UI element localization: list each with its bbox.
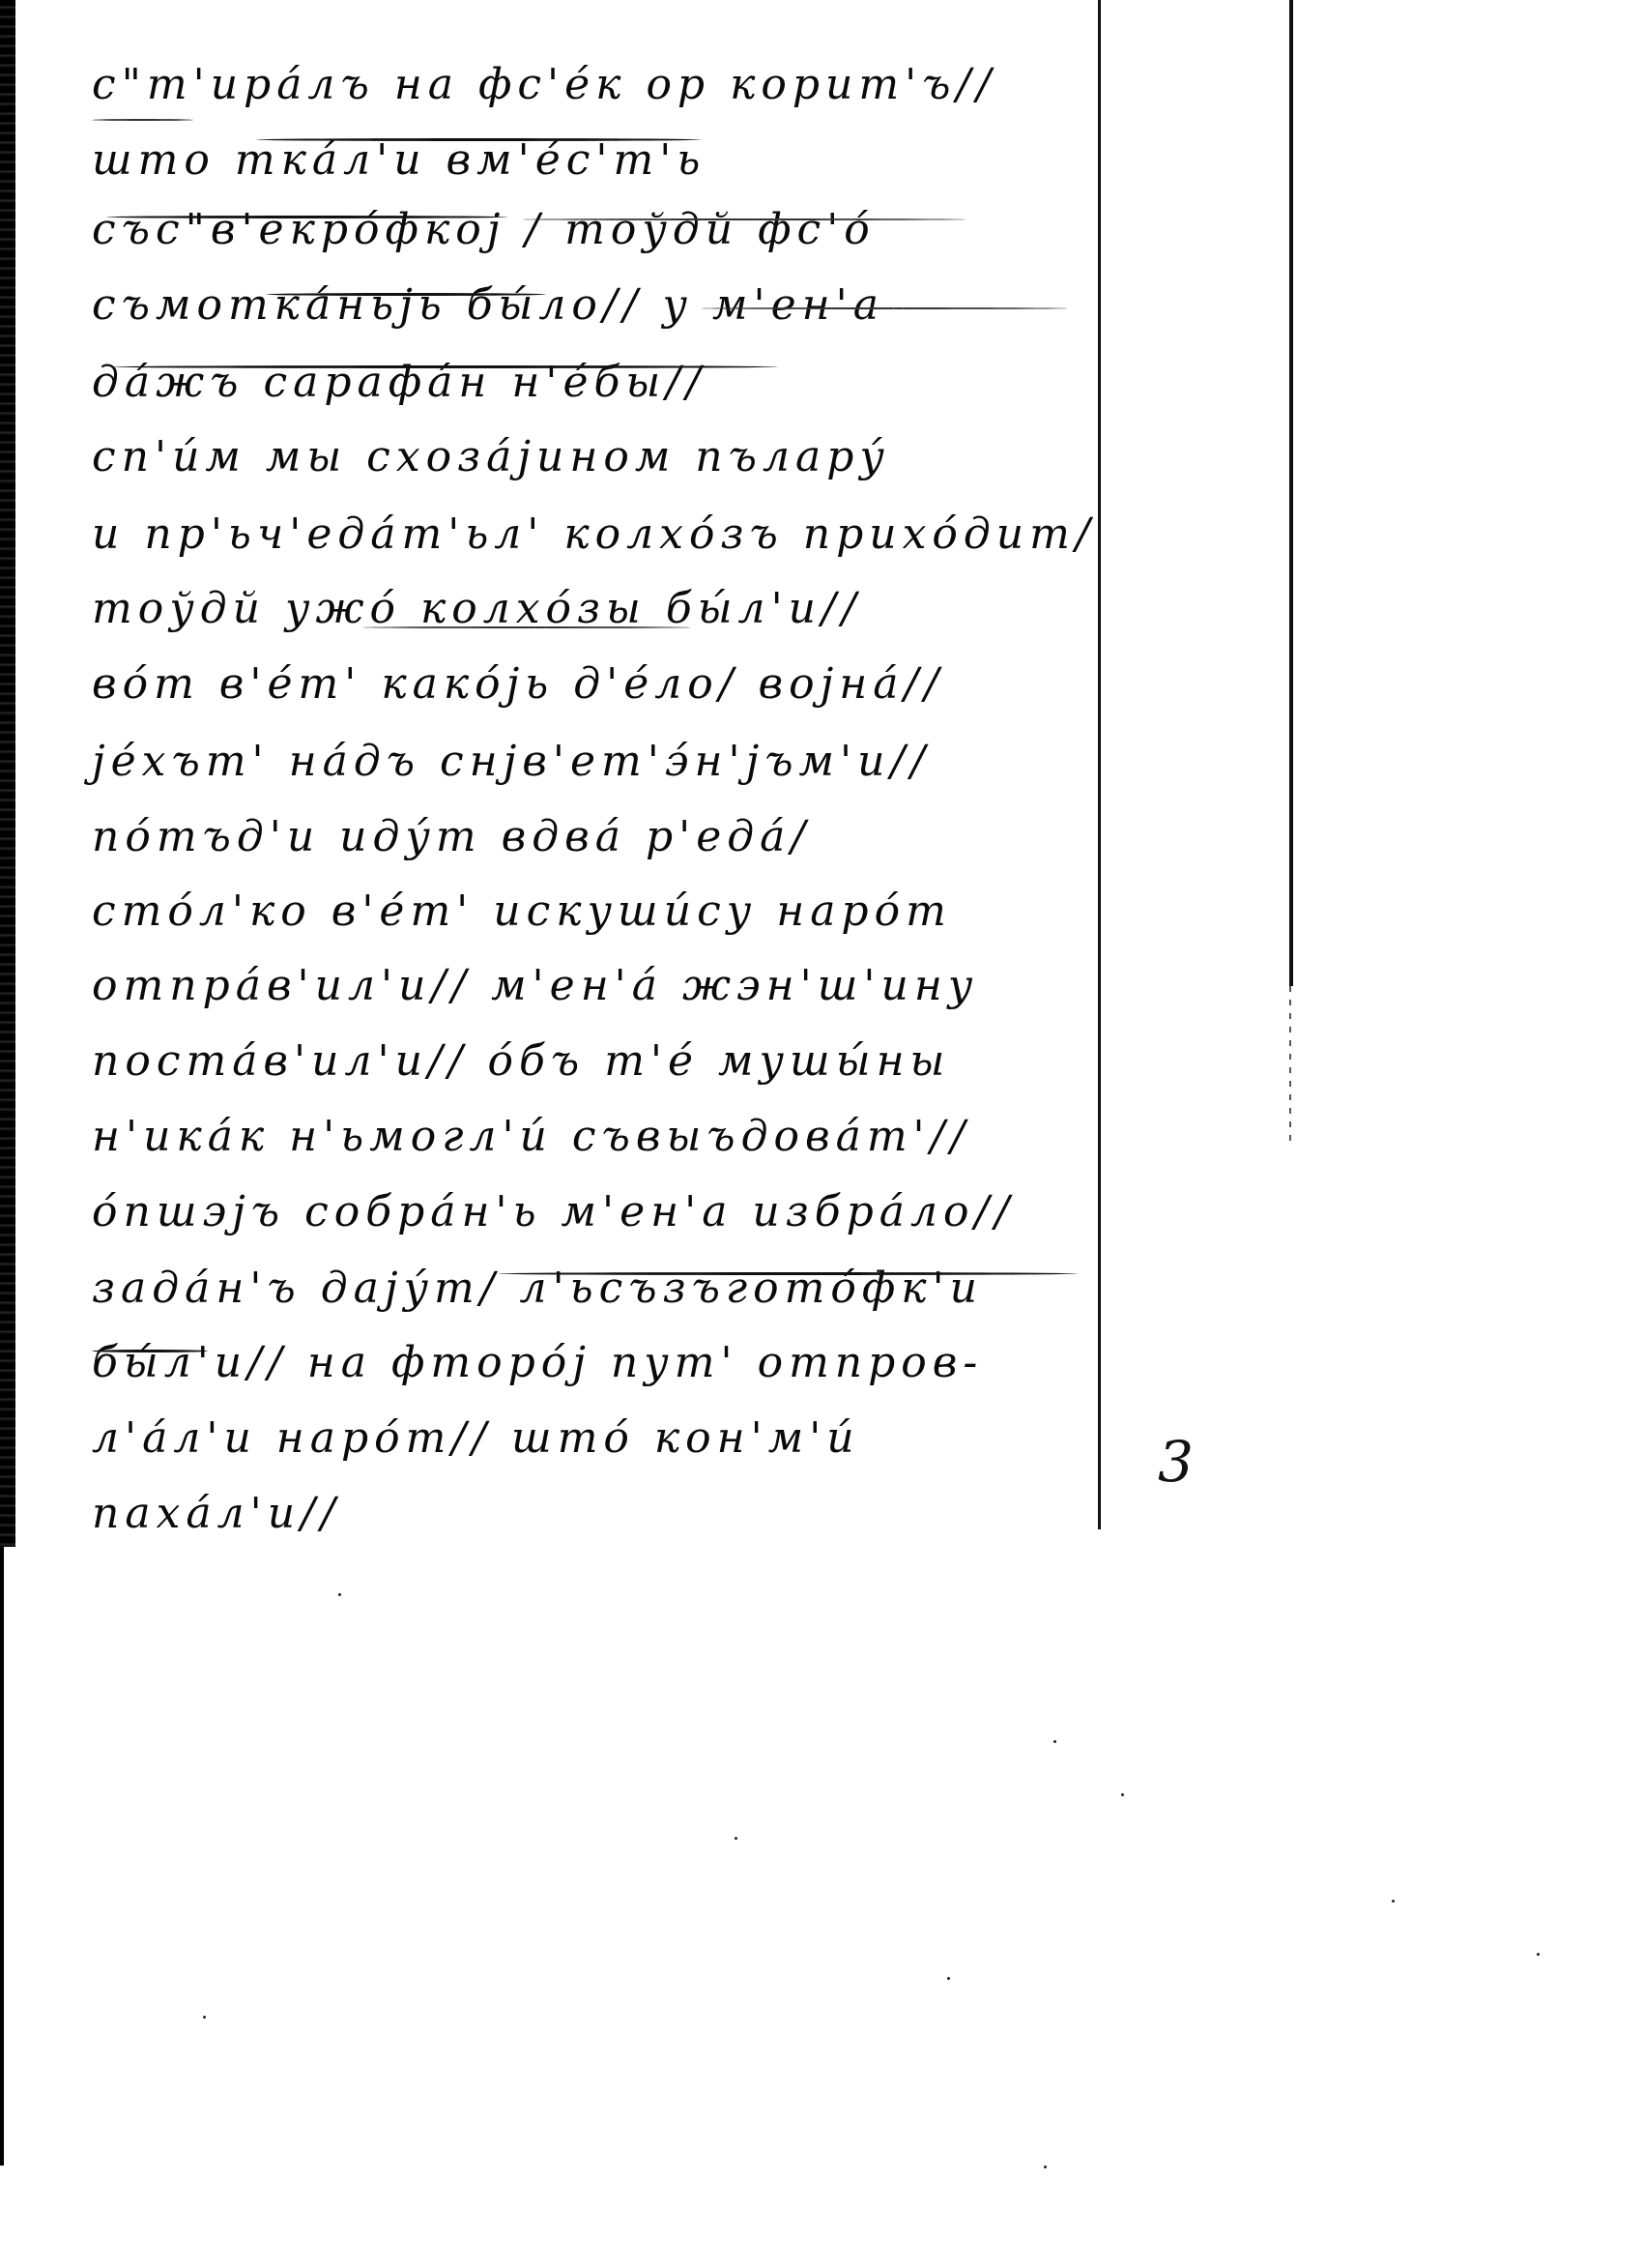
text-line: съмотка́ньјь бы́ло// у м'ен'а	[92, 276, 884, 334]
right-rule-line	[1289, 0, 1293, 986]
underline	[266, 293, 546, 296]
scanned-page: с"т'ира́лъ на фс'е́к ор корит'ъ// што тк…	[0, 0, 1643, 2268]
underline	[522, 218, 966, 220]
text-line: сто́л'ко в'е́т' искуши́су наро́т	[92, 883, 952, 941]
binding-shadow-edge	[0, 1547, 4, 2166]
text-line: и пр'ьч'еда́т'ьл' колхо́зъ прихо́дит/	[92, 506, 1096, 564]
text-line: зада́н'ъ дају́т/ л'ьсъзъгото́фк'и	[92, 1260, 983, 1318]
binding-shadow	[0, 0, 15, 1547]
text-line: л'а́л'и наро́т// што́ кон'м'и́	[92, 1410, 860, 1468]
text-line: сп'и́м мы схоза́јином пълару́	[92, 428, 890, 486]
text-line: во́т в'е́т' како́јь д'е́ло/ војна́//	[92, 655, 944, 713]
text-line: бы́л'и// на фторо́ј пут' отпров-	[92, 1334, 983, 1392]
scan-speck	[1537, 1953, 1540, 1956]
underline	[701, 307, 1068, 309]
scan-speck	[947, 1977, 950, 1980]
text-line: о́пшэјъ собра́н'ь м'ен'а избра́ло//	[92, 1183, 1015, 1241]
underline	[106, 216, 507, 218]
right-rule-line-faint	[1289, 986, 1291, 1141]
underline	[256, 138, 701, 141]
text-line: је́хът' на́дъ снјв'ет'э́н'јъм'и//	[92, 733, 931, 791]
text-line: отпра́в'ил'и// м'ен'а́ жэн'ш'ину	[92, 957, 978, 1015]
underline	[498, 1272, 1078, 1275]
page-number: 3	[1158, 1429, 1194, 1495]
scan-speck	[1392, 1900, 1395, 1903]
text-line: паха́л'и//	[92, 1485, 341, 1543]
underline	[362, 626, 691, 628]
text-line: по́тъд'и иду́т вдва́ р'еда́/	[92, 808, 811, 866]
underline	[111, 365, 778, 368]
underline	[92, 1350, 208, 1352]
text-line: тоўдй ужо́ колхо́зы бы́л'и//	[92, 580, 862, 638]
text-line: със"в'екро́фкој / тоўдй фс'о́	[92, 201, 876, 259]
text-line: да́жъ сарафа́н н'е́бы//	[92, 354, 706, 412]
scan-speck	[735, 1837, 737, 1840]
scan-speck	[1044, 2166, 1047, 2168]
scan-speck	[1121, 1793, 1124, 1796]
text-line: с"т'ира́лъ на фс'е́к ор корит'ъ//	[92, 56, 996, 114]
scan-speck	[203, 2016, 206, 2019]
scan-speck	[338, 1593, 341, 1596]
underline	[92, 119, 193, 121]
scan-speck	[1053, 1740, 1056, 1743]
text-line: поста́в'ил'и// о́бъ т'е́ мушы́ны	[92, 1032, 950, 1090]
text-line: н'ика́к н'ьмогл'и́ съвыъдова́т'//	[92, 1108, 970, 1166]
margin-line	[1098, 0, 1101, 1529]
